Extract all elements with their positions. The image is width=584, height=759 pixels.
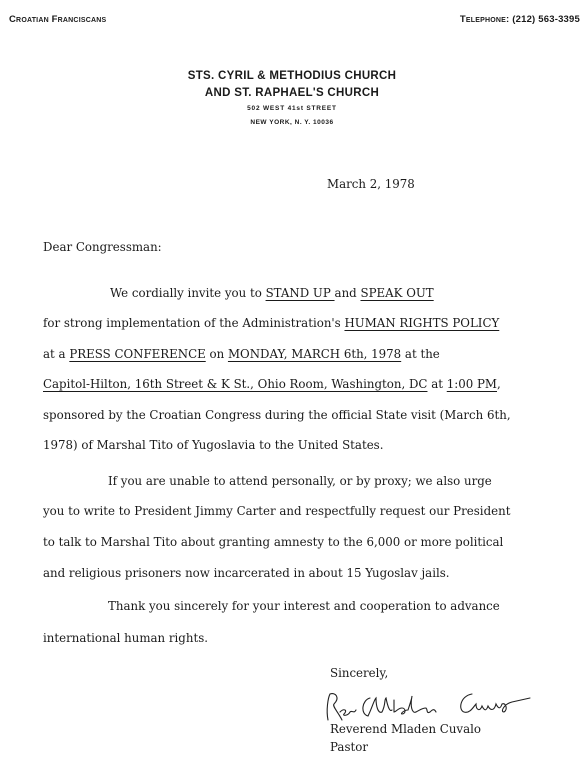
text: at the — [401, 347, 440, 361]
paragraph2-line4: and religious prisoners now incarcerated… — [43, 566, 450, 580]
paragraph1-line5: sponsored by the Croatian Congress durin… — [43, 408, 511, 422]
emphasis-speak-out: SPEAK OUT — [360, 286, 433, 300]
signer-title: Pastor — [330, 740, 368, 754]
paragraph1-line6: 1978) of Marshal Tito of Yugoslavia to t… — [43, 438, 383, 452]
address-city: NEW YORK, N. Y. 10036 — [0, 119, 584, 126]
paragraph2-line3: to talk to Marshal Tito about granting a… — [43, 535, 503, 549]
paragraph1-line2: for strong implementation of the Adminis… — [43, 316, 499, 330]
emphasis-press-conference: PRESS CONFERENCE — [69, 347, 205, 361]
organization-name: Croatian Franciscans — [9, 14, 106, 25]
address-street: 502 WEST 41st STREET — [0, 105, 584, 112]
paragraph1-line1: We cordially invite you to STAND UP and … — [110, 286, 434, 300]
emphasis-time: 1:00 PM — [447, 377, 497, 391]
paragraph2-line1: If you are unable to attend personally, … — [108, 474, 492, 488]
text: and — [335, 286, 361, 300]
paragraph3-line1: Thank you sincerely for your interest an… — [108, 599, 500, 613]
paragraph2-line2: you to write to President Jimmy Carter a… — [43, 504, 510, 518]
salutation: Dear Congressman: — [43, 240, 162, 254]
emphasis-date: MONDAY, MARCH 6th, 1978 — [228, 347, 401, 361]
paragraph1-line3: at a PRESS CONFERENCE on MONDAY, MARCH 6… — [43, 347, 440, 361]
closing: Sincerely, — [330, 666, 388, 680]
church-name-line1: STS. CYRIL & METHODIUS CHURCH — [0, 70, 584, 82]
emphasis-stand-up: STAND UP — [266, 286, 335, 300]
paragraph3-line2: international human rights. — [43, 631, 208, 645]
text: We cordially invite you to — [110, 286, 266, 300]
text: at — [427, 377, 446, 391]
letter-date: March 2, 1978 — [327, 177, 415, 191]
telephone: Telephone: (212) 563-3395 — [460, 14, 580, 25]
emphasis-policy: HUMAN RIGHTS POLICY — [344, 316, 499, 330]
emphasis-location: Capitol-Hilton, 16th Street & K St., Ohi… — [43, 377, 427, 391]
paragraph1-line4: Capitol-Hilton, 16th Street & K St., Ohi… — [43, 377, 501, 391]
text: at a — [43, 347, 69, 361]
church-name-line2: AND ST. RAPHAEL'S CHURCH — [0, 87, 584, 99]
text: for strong implementation of the Adminis… — [43, 316, 344, 330]
signer-name: Reverend Mladen Cuvalo — [330, 722, 481, 736]
text: , — [497, 377, 501, 391]
handwritten-signature — [322, 690, 532, 724]
text: on — [206, 347, 228, 361]
